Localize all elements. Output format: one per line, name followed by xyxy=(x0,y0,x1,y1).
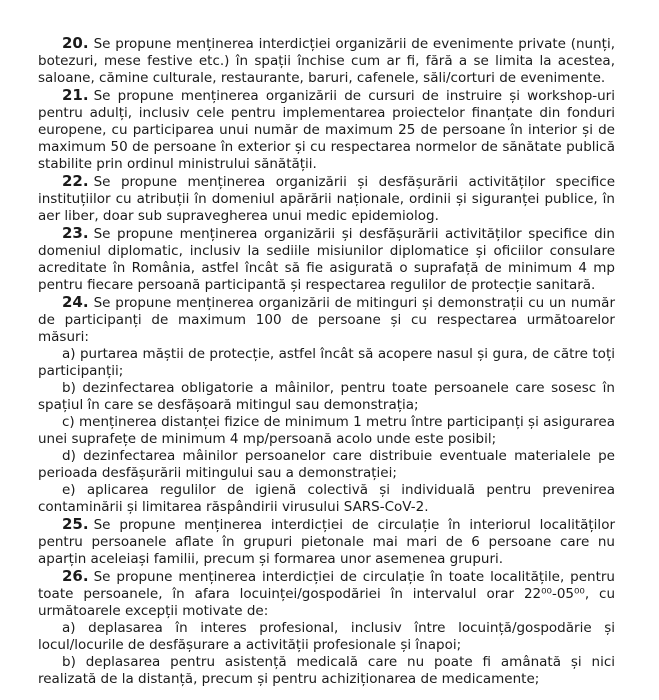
paragraph-26: 26.Se propune menținerea interdicției de… xyxy=(38,568,615,620)
paragraph-24-item-d-text: d) dezinfectarea mâinilor persoanelor ca… xyxy=(38,448,615,481)
paragraph-24-item-a-text: a) purtarea măștii de protecție, astfel … xyxy=(38,346,615,379)
paragraph-26-item-a-text: a) deplasarea în interes profesional, in… xyxy=(38,620,615,653)
paragraph-24: 24.Se propune menținerea organizării de … xyxy=(38,294,615,346)
paragraph-24-item-b-text: b) dezinfectarea obligatorie a mâinilor,… xyxy=(38,380,615,413)
paragraph-23-text: Se propune menținerea organizării și des… xyxy=(38,226,615,293)
document-page: 20.Se propune menținerea interdicției or… xyxy=(0,0,659,700)
paragraph-24-item-d: d) dezinfectarea mâinilor persoanelor ca… xyxy=(38,448,615,482)
paragraph-25: 25.Se propune menținerea interdicției de… xyxy=(38,516,615,568)
paragraph-21-text: Se propune menținerea organizării de cur… xyxy=(38,88,615,172)
paragraph-22: 22.Se propune menținerea organizării și … xyxy=(38,173,615,225)
paragraph-22-number: 22. xyxy=(62,172,94,190)
paragraph-21: 21.Se propune menținerea organizării de … xyxy=(38,87,615,173)
paragraph-24-item-b: b) dezinfectarea obligatorie a mâinilor,… xyxy=(38,380,615,414)
paragraph-22-text: Se propune menținerea organizării și des… xyxy=(38,174,615,224)
paragraph-24-item-a: a) purtarea măștii de protecție, astfel … xyxy=(38,346,615,380)
paragraph-26-item-b-text: b) deplasarea pentru asistență medicală … xyxy=(38,654,615,687)
paragraph-26-item-b: b) deplasarea pentru asistență medicală … xyxy=(38,654,615,688)
paragraph-24-item-e: e) aplicarea regulilor de igienă colecti… xyxy=(38,482,615,516)
paragraph-24-number: 24. xyxy=(62,293,94,311)
paragraph-24-item-c: c) menținerea distanței fizice de minimu… xyxy=(38,414,615,448)
paragraph-24-text: Se propune menținerea organizării de mit… xyxy=(38,295,615,345)
paragraph-25-text: Se propune menținerea interdicției de ci… xyxy=(38,517,615,567)
paragraph-25-number: 25. xyxy=(62,515,94,533)
paragraph-23-number: 23. xyxy=(62,224,94,242)
paragraph-20-text: Se propune menținerea interdicției organ… xyxy=(38,36,615,86)
paragraph-26-item-a: a) deplasarea în interes profesional, in… xyxy=(38,620,615,654)
paragraph-21-number: 21. xyxy=(62,86,94,104)
paragraph-26-number: 26. xyxy=(62,567,94,585)
paragraph-20: 20.Se propune menținerea interdicției or… xyxy=(38,35,615,87)
paragraph-24-item-e-text: e) aplicarea regulilor de igienă colecti… xyxy=(38,482,615,515)
paragraph-24-item-c-text: c) menținerea distanței fizice de minimu… xyxy=(38,414,615,447)
paragraph-26-text: Se propune menținerea interdicției de ci… xyxy=(38,569,615,619)
paragraph-20-number: 20. xyxy=(62,34,94,52)
paragraph-23: 23.Se propune menținerea organizării și … xyxy=(38,225,615,294)
